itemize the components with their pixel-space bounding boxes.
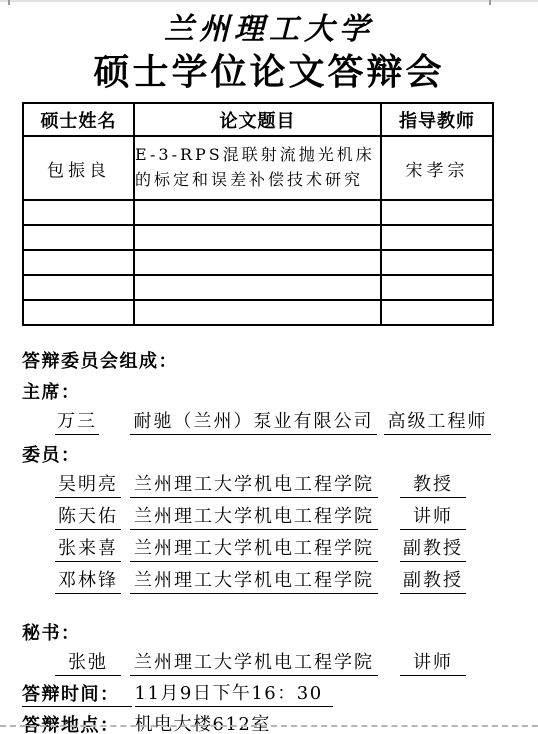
- thesis-title-cell: E-3-RPS混联射流抛光机床的标定和误差补偿技术研究: [134, 136, 381, 200]
- secretary-title: 讲师: [400, 651, 466, 676]
- secretary-name: 张弛: [55, 651, 121, 676]
- ruler-tick-left: [8, 0, 10, 5]
- member-title: 副教授: [400, 537, 466, 562]
- table-empty-cell: [23, 275, 134, 300]
- member-affiliation: 兰州理工大学机电工程学院: [130, 473, 378, 498]
- table-empty-cell: [381, 200, 493, 225]
- column-header-advisor: 指导教师: [381, 103, 493, 136]
- defense-table: 硕士姓名 论文题目 指导教师 包振良 E-3-RPS混联射流抛光机床的标定和误差…: [22, 102, 494, 326]
- member-row: 邓林锋 兰州理工大学机电工程学院 副教授: [55, 569, 538, 594]
- chair-title: 高级工程师: [384, 410, 491, 435]
- member-affiliation: 兰州理工大学机电工程学院: [130, 537, 378, 562]
- member-title: 讲师: [400, 505, 466, 530]
- member-row: 陈天佑 兰州理工大学机电工程学院 讲师: [55, 505, 538, 530]
- table-empty-cell: [381, 300, 493, 325]
- member-affiliation: 兰州理工大学机电工程学院: [130, 569, 378, 594]
- table-empty-cell: [134, 275, 381, 300]
- table-empty-cell: [381, 250, 493, 275]
- column-header-student-name: 硕士姓名: [23, 103, 134, 136]
- member-title: 副教授: [400, 569, 466, 594]
- member-name: 张来喜: [55, 537, 121, 562]
- secretary-label: 秘书：: [22, 622, 538, 644]
- table-empty-row: [23, 200, 493, 225]
- column-header-thesis-title: 论文题目: [134, 103, 381, 136]
- chair-affiliation: 耐驰（兰州）泵业有限公司: [130, 410, 377, 435]
- defense-time-label: 答辩时间：: [22, 682, 132, 707]
- university-calligraphy-logo: 兰州理工大学: [0, 0, 538, 49]
- defense-location-value: 机电大楼612室: [135, 713, 281, 734]
- page-top-border: [0, 0, 538, 2]
- document-title: 硕士学位论文答辩会: [0, 50, 538, 94]
- defense-time-row: 答辩时间： 11月9日下午16：30: [22, 682, 538, 707]
- table-empty-cell: [134, 300, 381, 325]
- table-empty-row: [23, 300, 493, 325]
- table-empty-cell: [134, 200, 381, 225]
- page-break-dashed-line: [0, 725, 538, 727]
- committee-heading: 答辩委员会组成：: [22, 350, 538, 372]
- table-empty-cell: [23, 300, 134, 325]
- table-empty-cell: [134, 250, 381, 275]
- member-name: 邓林锋: [55, 569, 121, 594]
- table-empty-cell: [23, 250, 134, 275]
- table-empty-row: [23, 275, 493, 300]
- chair-label: 主席：: [22, 381, 538, 403]
- table-empty-cell: [23, 225, 134, 250]
- member-name: 吴明亮: [55, 473, 121, 498]
- table-header-row: 硕士姓名 论文题目 指导教师: [23, 103, 493, 136]
- student-name-cell: 包振良: [23, 136, 134, 200]
- table-empty-cell: [23, 200, 134, 225]
- member-title: 教授: [400, 473, 466, 498]
- secretary-row: 张弛 兰州理工大学机电工程学院 讲师: [55, 651, 538, 676]
- member-row: 吴明亮 兰州理工大学机电工程学院 教授: [55, 473, 538, 498]
- members-label: 委员：: [22, 444, 538, 466]
- member-row: 张来喜 兰州理工大学机电工程学院 副教授: [55, 537, 538, 562]
- document-page: 兰州理工大学 硕士学位论文答辩会 硕士姓名 论文题目 指导教师 包振良 E-3-…: [0, 0, 538, 734]
- member-name: 陈天佑: [55, 505, 121, 530]
- table-empty-row: [23, 225, 493, 250]
- secretary-affiliation: 兰州理工大学机电工程学院: [130, 651, 378, 676]
- defense-time-value: 11月9日下午16：30: [135, 682, 333, 707]
- ruler-tick-right: [489, 0, 491, 5]
- table-empty-cell: [381, 225, 493, 250]
- table-empty-row: [23, 250, 493, 275]
- defense-location-row: 答辩地点： 机电大楼612室: [22, 713, 538, 734]
- defense-location-label: 答辩地点：: [22, 713, 132, 734]
- table-row: 包振良 E-3-RPS混联射流抛光机床的标定和误差补偿技术研究 宋孝宗: [23, 136, 493, 200]
- member-affiliation: 兰州理工大学机电工程学院: [130, 505, 378, 530]
- advisor-cell: 宋孝宗: [381, 136, 493, 200]
- table-empty-cell: [381, 275, 493, 300]
- chair-row: 万三 耐驰（兰州）泵业有限公司 高级工程师: [55, 410, 538, 435]
- table-empty-cell: [134, 225, 381, 250]
- chair-name: 万三: [55, 410, 99, 435]
